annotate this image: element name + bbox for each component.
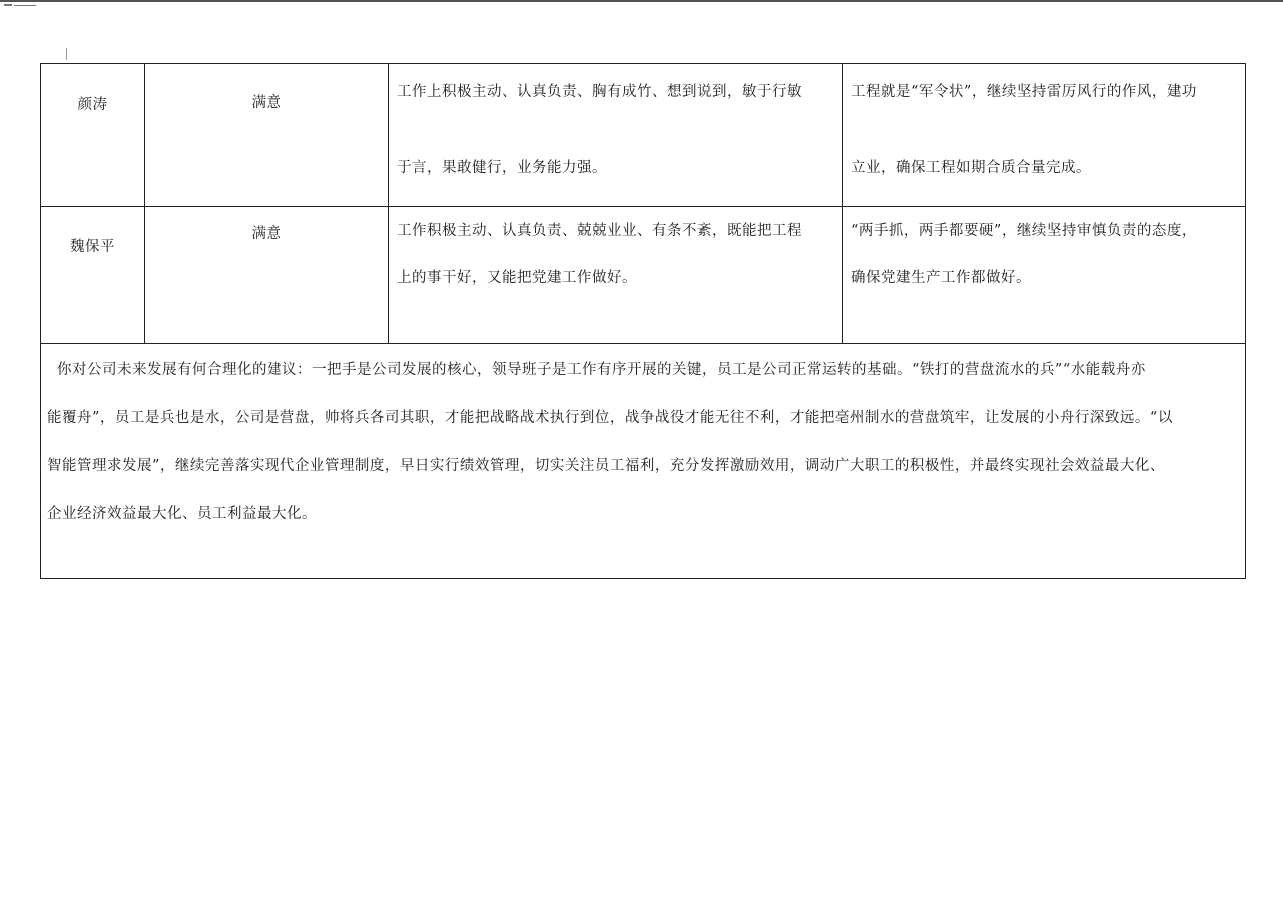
suggestion-line: 能覆舟”，员工是兵也是水，公司是营盘，帅将兵各司其职，才能把战略战术执行到位，战… <box>47 394 1239 442</box>
scan-artifact-mark <box>66 48 67 60</box>
suggestion-cell: 你对公司未来发展有何合理化的建议：一把手是公司发展的核心，领导班子是工作有序开展… <box>41 344 1246 579</box>
evaluation-line: 于言，果敢健行，业务能力强。 <box>397 130 836 206</box>
plan-line: 工程就是“军令状”，继续坚持雷厉风行的作风，建功 <box>851 54 1239 130</box>
table-row: 魏保平 满意 工作积极主动、认真负责、兢兢业业、有条不紊，既能把工程 上的事干好… <box>41 207 1246 344</box>
suggestion-line: 你对公司未来发展有何合理化的建议：一把手是公司发展的核心，领导班子是工作有序开展… <box>57 346 1239 394</box>
suggestion-text: 你对公司未来发展有何合理化的建议：一把手是公司发展的核心，领导班子是工作有序开展… <box>41 346 1245 538</box>
employee-name: 颜涛 <box>41 64 144 114</box>
evaluation-text: 工作上积极主动、认真负责、胸有成竹、想到说到，敏于行敏 于言，果敢健行，业务能力… <box>389 54 842 206</box>
plan-cell: 工程就是“军令状”，继续坚持雷厉风行的作风，建功 立业，确保工程如期合质合量完成… <box>843 64 1246 207</box>
employee-name-cell: 颜涛 <box>41 64 145 207</box>
rating-value: 满意 <box>145 207 388 243</box>
rating-value: 满意 <box>145 64 388 112</box>
evaluation-line: 工作上积极主动、认真负责、胸有成竹、想到说到，敏于行敏 <box>397 54 836 130</box>
evaluation-line: 工作积极主动、认真负责、兢兢业业、有条不紊，既能把工程 <box>397 208 836 255</box>
evaluation-text: 工作积极主动、认真负责、兢兢业业、有条不紊，既能把工程 上的事干好，又能把党建工… <box>389 207 842 302</box>
employee-name-cell: 魏保平 <box>41 207 145 344</box>
plan-text: “两手抓，两手都要硬”，继续坚持审慎负责的态度， 确保党建生产工作都做好。 <box>843 207 1245 302</box>
table-row: 你对公司未来发展有何合理化的建议：一把手是公司发展的核心，领导班子是工作有序开展… <box>41 344 1246 579</box>
rating-cell: 满意 <box>145 64 389 207</box>
plan-line: “两手抓，两手都要硬”，继续坚持审慎负责的态度， <box>851 208 1239 255</box>
evaluation-cell: 工作积极主动、认真负责、兢兢业业、有条不紊，既能把工程 上的事干好，又能把党建工… <box>389 207 843 344</box>
scan-artifact-mark <box>14 5 36 6</box>
evaluation-table: 颜涛 满意 工作上积极主动、认真负责、胸有成竹、想到说到，敏于行敏 于言，果敢健… <box>40 63 1246 579</box>
suggestion-line: 智能管理求发展”，继续完善落实现代企业管理制度，早日实行绩效管理，切实关注员工福… <box>47 442 1239 490</box>
scan-top-border <box>0 0 1283 2</box>
evaluation-cell: 工作上积极主动、认真负责、胸有成竹、想到说到，敏于行敏 于言，果敢健行，业务能力… <box>389 64 843 207</box>
rating-cell: 满意 <box>145 207 389 344</box>
plan-cell: “两手抓，两手都要硬”，继续坚持审慎负责的态度， 确保党建生产工作都做好。 <box>843 207 1246 344</box>
plan-text: 工程就是“军令状”，继续坚持雷厉风行的作风，建功 立业，确保工程如期合质合量完成… <box>843 54 1245 206</box>
employee-name: 魏保平 <box>41 207 144 256</box>
table-row: 颜涛 满意 工作上积极主动、认真负责、胸有成竹、想到说到，敏于行敏 于言，果敢健… <box>41 64 1246 207</box>
plan-line: 立业，确保工程如期合质合量完成。 <box>851 130 1239 206</box>
plan-line: 确保党建生产工作都做好。 <box>851 255 1239 302</box>
evaluation-line: 上的事干好，又能把党建工作做好。 <box>397 255 836 302</box>
suggestion-line: 企业经济效益最大化、员工利益最大化。 <box>47 490 1239 538</box>
scan-artifact-mark <box>4 4 12 6</box>
